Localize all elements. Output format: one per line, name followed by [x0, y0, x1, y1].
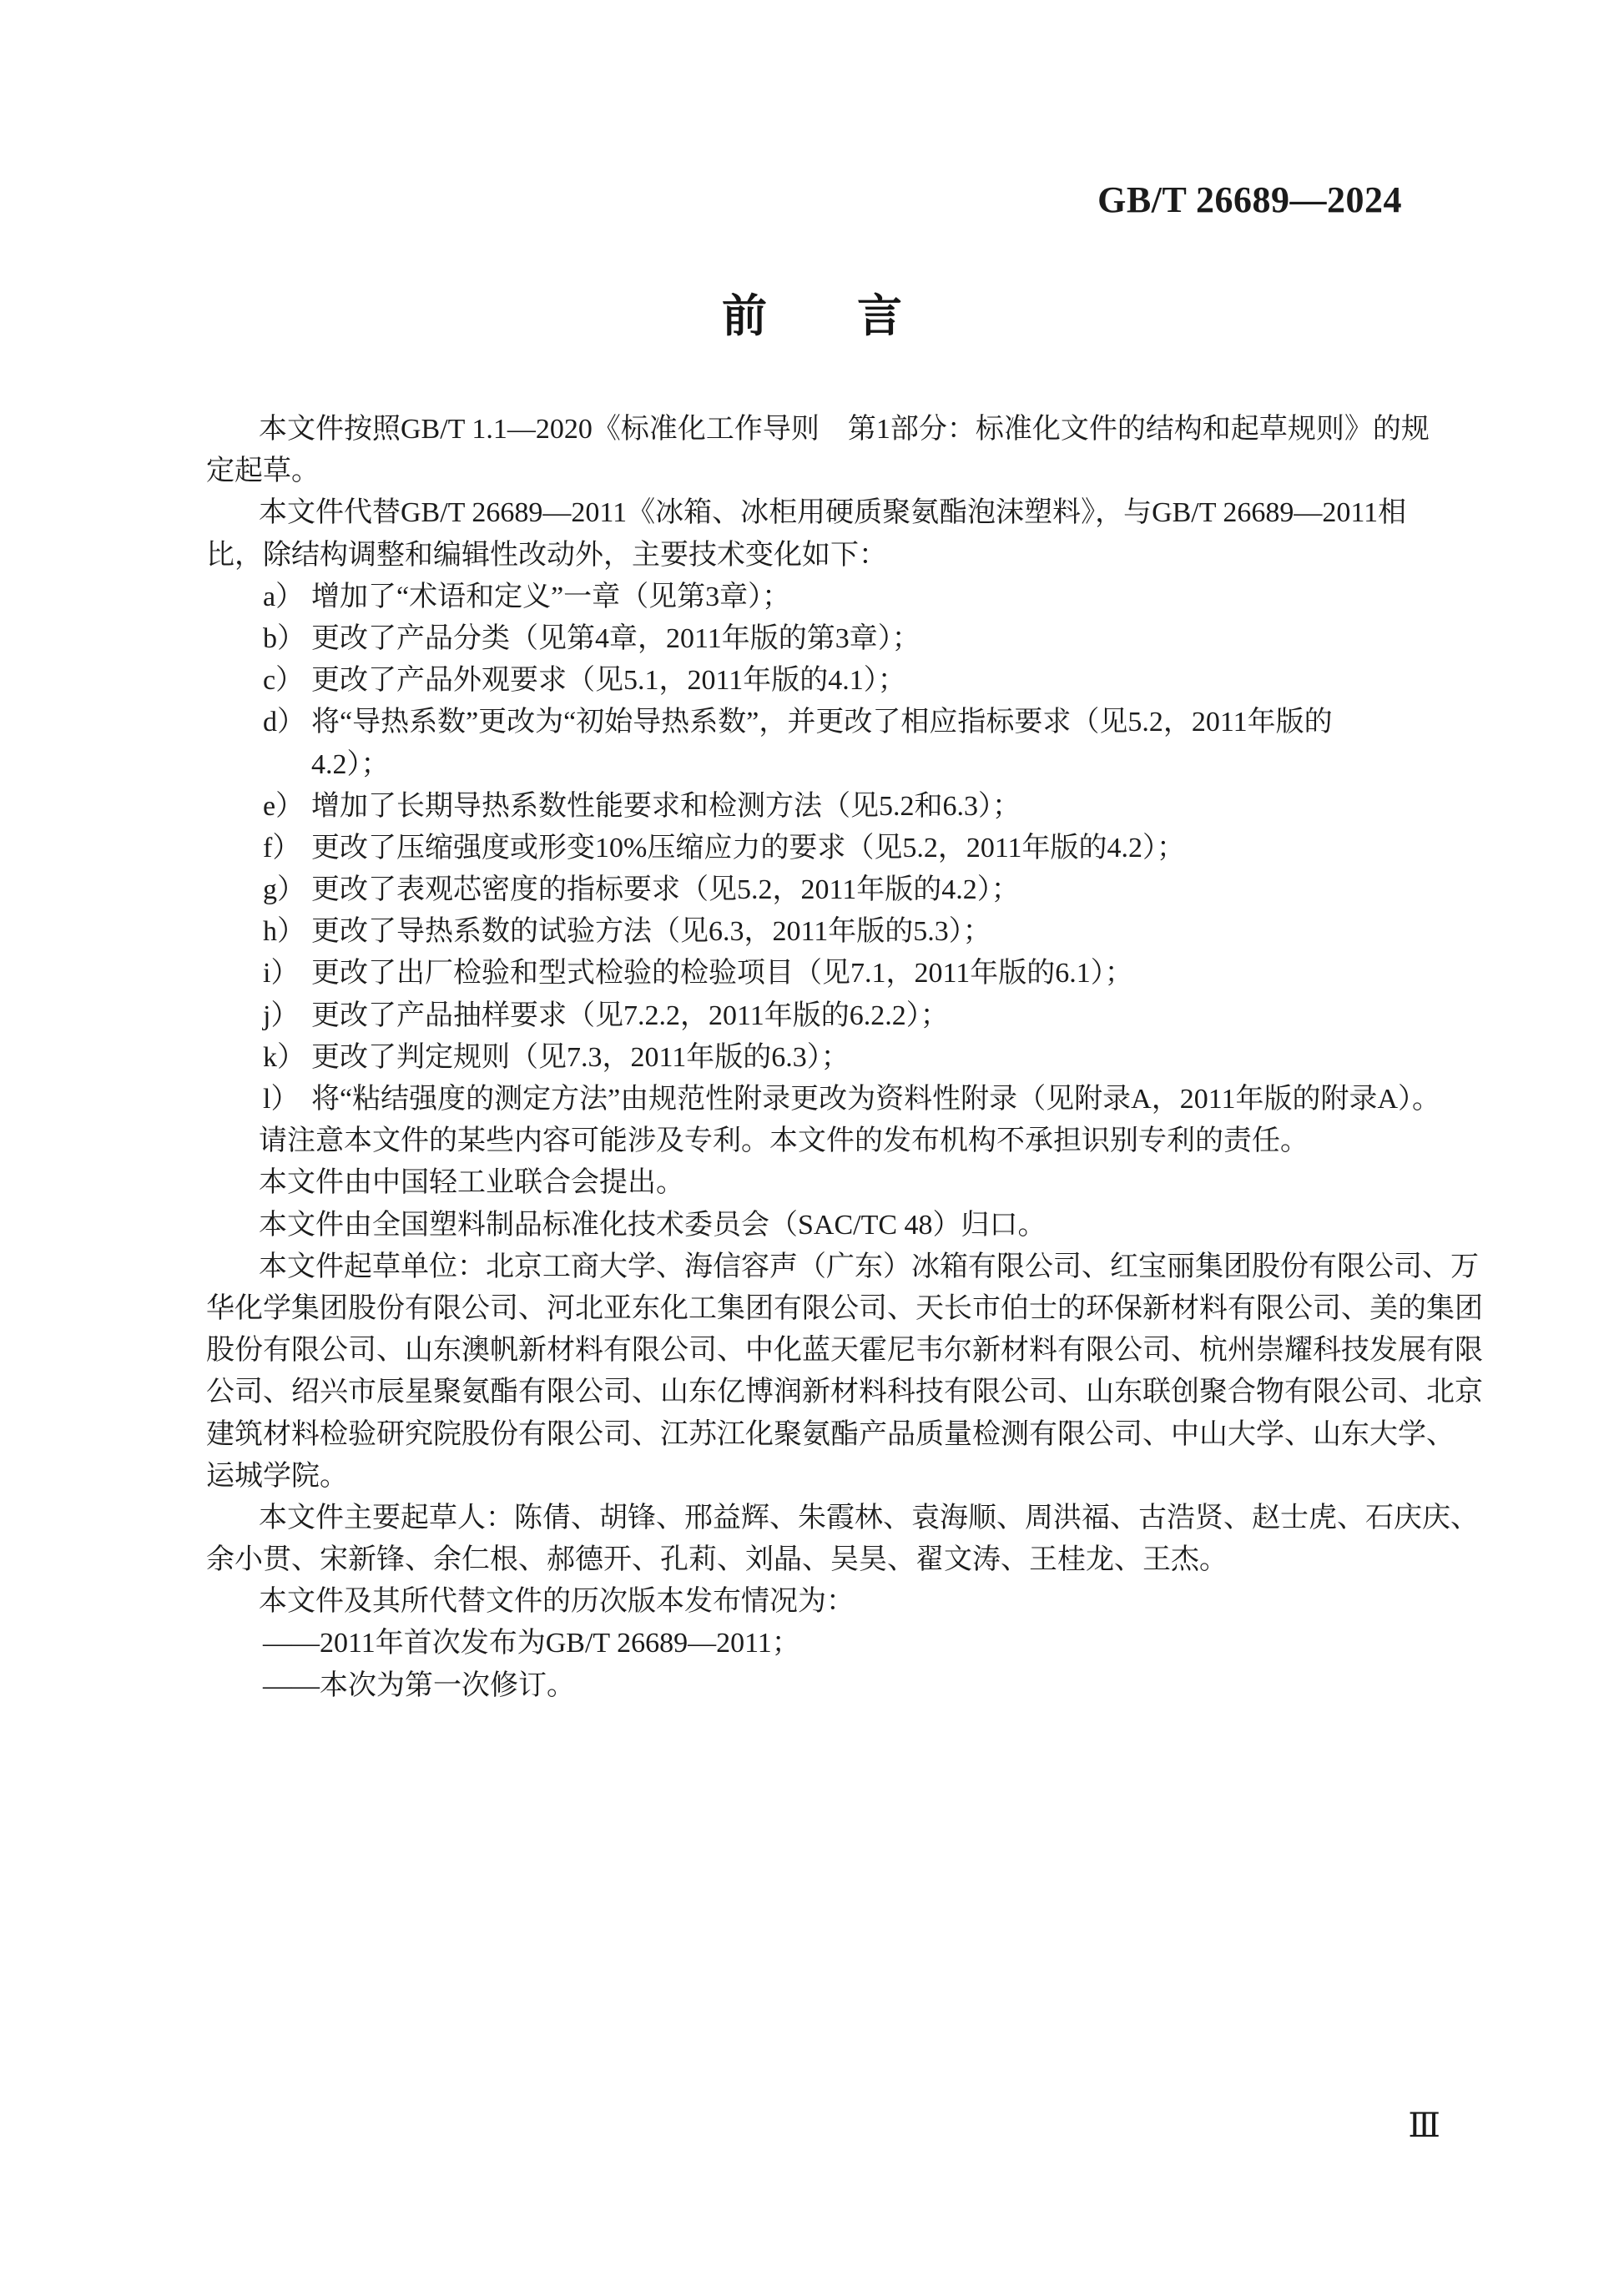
body-line: i）更改了出厂检验和型式检验的检验项目（见7.1，2011年版的6.1）；: [206, 953, 1466, 994]
body-line: 本文件由中国轻工业联合会提出。: [206, 1162, 1466, 1204]
body-line-text: 将“导热系数”更改为“初始导热系数”，并更改了相应指标要求（见5.2，2011年…: [311, 707, 1333, 738]
body-line-text: 4.2）；: [311, 749, 390, 780]
body-line-text: 本文件代替GB/T 26689—2011《冰箱、冰柜用硬质聚氨酯泡沫塑料》，与G…: [259, 497, 1406, 528]
body-line: a）增加了“术语和定义”一章（见第3章）；: [206, 577, 1466, 618]
body-line-text: 余小贯、宋新锋、余仁根、郝德开、孔莉、刘晶、吴昊、翟文涛、王桂龙、王杰。: [206, 1544, 1228, 1575]
list-item-label: d）: [263, 702, 311, 743]
body-line: k）更改了判定规则（见7.3，2011年版的6.3）；: [206, 1037, 1466, 1079]
body-line-text: 更改了表观芯密度的指标要求（见5.2，2011年版的4.2）；: [311, 874, 1020, 905]
body-line: j）更改了产品抽样要求（见7.2.2，2011年版的6.2.2）；: [206, 995, 1466, 1037]
document-page: GB/T 26689—2024 前 言 本文件按照GB/T 1.1—2020《标…: [0, 0, 1624, 2296]
body-line-text: 将“粘结强度的测定方法”由规范性附录更改为资料性附录（见附录A，2011年版的附…: [311, 1084, 1440, 1115]
body-line: d）将“导热系数”更改为“初始导热系数”，并更改了相应指标要求（见5.2，201…: [206, 702, 1466, 743]
list-item-label: f）: [263, 828, 311, 869]
page-title: 前 言: [0, 280, 1624, 345]
foreword-body: 本文件按照GB/T 1.1—2020《标准化工作导则 第1部分：标准化文件的结构…: [206, 409, 1466, 1707]
list-item-label: k）: [263, 1037, 311, 1079]
body-line: 请注意本文件的某些内容可能涉及专利。本文件的发布机构不承担识别专利的责任。: [206, 1120, 1466, 1162]
body-line-text: 增加了长期导热系数性能要求和检测方法（见5.2和6.3）；: [311, 791, 1021, 822]
body-line-text: 运城学院。: [206, 1461, 348, 1492]
page-number: Ⅲ: [1408, 2106, 1440, 2145]
list-item-label: j）: [263, 995, 311, 1037]
body-line-text: 股份有限公司、山东澳帆新材料有限公司、中化蓝天霍尼韦尔新材料有限公司、杭州崇耀科…: [206, 1335, 1483, 1366]
body-line: 本文件起草单位：北京工商大学、海信容声（广东）冰箱有限公司、红宝丽集团股份有限公…: [206, 1246, 1466, 1288]
body-line: 4.2）；: [206, 744, 1466, 786]
body-line-text: 更改了出厂检验和型式检验的检验项目（见7.1，2011年版的6.1）；: [311, 958, 1133, 989]
body-line-text: 本文件按照GB/T 1.1—2020《标准化工作导则 第1部分：标准化文件的结构…: [259, 414, 1430, 445]
body-line: 本文件代替GB/T 26689—2011《冰箱、冰柜用硬质聚氨酯泡沫塑料》，与G…: [206, 492, 1466, 534]
body-line: c）更改了产品外观要求（见5.1，2011年版的4.1）；: [206, 660, 1466, 702]
body-line-text: 更改了导热系数的试验方法（见6.3，2011年版的5.3）；: [311, 916, 991, 947]
body-line: 本文件由全国塑料制品标准化技术委员会（SAC/TC 48）归口。: [206, 1205, 1466, 1246]
body-line-text: 请注意本文件的某些内容可能涉及专利。本文件的发布机构不承担识别专利的责任。: [259, 1125, 1309, 1156]
body-line-text: 建筑材料检验研究院股份有限公司、江苏江化聚氨酯产品质量检测有限公司、中山大学、山…: [206, 1419, 1455, 1450]
body-line: e）增加了长期导热系数性能要求和检测方法（见5.2和6.3）；: [206, 786, 1466, 828]
body-line-text: 比，除结构调整和编辑性改动外，主要技术变化如下：: [206, 540, 887, 571]
body-line: ——2011年首次发布为GB/T 26689—2011；: [206, 1623, 1466, 1664]
body-line-text: 更改了产品外观要求（见5.1，2011年版的4.1）；: [311, 665, 906, 696]
list-item-label: l）: [263, 1079, 311, 1120]
body-line: 本文件及其所代替文件的历次版本发布情况为：: [206, 1581, 1466, 1623]
body-line: 比，除结构调整和编辑性改动外，主要技术变化如下：: [206, 535, 1466, 577]
body-line: b）更改了产品分类（见第4章，2011年版的第3章）；: [206, 618, 1466, 660]
list-item-label: g）: [263, 869, 311, 911]
body-line-text: 本文件由中国轻工业联合会提出。: [259, 1167, 684, 1198]
body-line-text: 公司、绍兴市辰星聚氨酯有限公司、山东亿博润新材料科技有限公司、山东联创聚合物有限…: [206, 1377, 1483, 1407]
body-line: ——本次为第一次修订。: [206, 1665, 1466, 1707]
body-line-text: 增加了“术语和定义”一章（见第3章）；: [311, 582, 790, 612]
body-line-text: 本文件由全国塑料制品标准化技术委员会（SAC/TC 48）归口。: [259, 1210, 1047, 1241]
body-line: 余小贯、宋新锋、余仁根、郝德开、孔莉、刘晶、吴昊、翟文涛、王桂龙、王杰。: [206, 1539, 1466, 1581]
body-line: 本文件按照GB/T 1.1—2020《标准化工作导则 第1部分：标准化文件的结构…: [206, 409, 1466, 451]
body-line: 本文件主要起草人：陈倩、胡锋、邢益辉、朱霞林、袁海顺、周洪福、古浩贤、赵士虎、石…: [206, 1498, 1466, 1539]
list-item-label: h）: [263, 911, 311, 953]
body-line-text: 本文件主要起草人：陈倩、胡锋、邢益辉、朱霞林、袁海顺、周洪福、古浩贤、赵士虎、石…: [259, 1503, 1479, 1533]
body-line-text: ——2011年首次发布为GB/T 26689—2011；: [263, 1628, 800, 1659]
body-line-text: 华化学集团股份有限公司、河北亚东化工集团有限公司、天长市伯士的环保新材料有限公司…: [206, 1293, 1483, 1324]
body-line-text: 更改了判定规则（见7.3，2011年版的6.3）；: [311, 1042, 850, 1073]
body-line: h）更改了导热系数的试验方法（见6.3，2011年版的5.3）；: [206, 911, 1466, 953]
list-item-label: i）: [263, 953, 311, 994]
standard-code: GB/T 26689—2024: [1097, 179, 1402, 221]
list-item-label: a）: [263, 577, 311, 618]
list-item-label: c）: [263, 660, 311, 702]
body-line-text: 更改了压缩强度或形变10%压缩应力的要求（见5.2，2011年版的4.2）；: [311, 833, 1185, 864]
body-line-text: 更改了产品分类（见第4章，2011年版的第3章）；: [311, 623, 920, 654]
body-line-text: 本文件起草单位：北京工商大学、海信容声（广东）冰箱有限公司、红宝丽集团股份有限公…: [259, 1251, 1479, 1282]
body-line: 股份有限公司、山东澳帆新材料有限公司、中化蓝天霍尼韦尔新材料有限公司、杭州崇耀科…: [206, 1330, 1466, 1372]
list-item-label: b）: [263, 618, 311, 660]
body-line: l）将“粘结强度的测定方法”由规范性附录更改为资料性附录（见附录A，2011年版…: [206, 1079, 1466, 1120]
list-item-label: e）: [263, 786, 311, 828]
body-line-text: 更改了产品抽样要求（见7.2.2，2011年版的6.2.2）；: [311, 1000, 949, 1031]
body-line: 定起草。: [206, 451, 1466, 492]
body-line: 建筑材料检验研究院股份有限公司、江苏江化聚氨酯产品质量检测有限公司、中山大学、山…: [206, 1414, 1466, 1456]
body-line: 华化学集团股份有限公司、河北亚东化工集团有限公司、天长市伯士的环保新材料有限公司…: [206, 1288, 1466, 1330]
body-line-text: 本文件及其所代替文件的历次版本发布情况为：: [259, 1586, 855, 1617]
body-line: 公司、绍兴市辰星聚氨酯有限公司、山东亿博润新材料科技有限公司、山东联创聚合物有限…: [206, 1372, 1466, 1413]
body-line: g）更改了表观芯密度的指标要求（见5.2，2011年版的4.2）；: [206, 869, 1466, 911]
body-line: f）更改了压缩强度或形变10%压缩应力的要求（见5.2，2011年版的4.2）；: [206, 828, 1466, 869]
body-line-text: 定起草。: [206, 456, 320, 486]
body-line-text: ——本次为第一次修订。: [263, 1670, 575, 1701]
body-line: 运城学院。: [206, 1456, 1466, 1498]
